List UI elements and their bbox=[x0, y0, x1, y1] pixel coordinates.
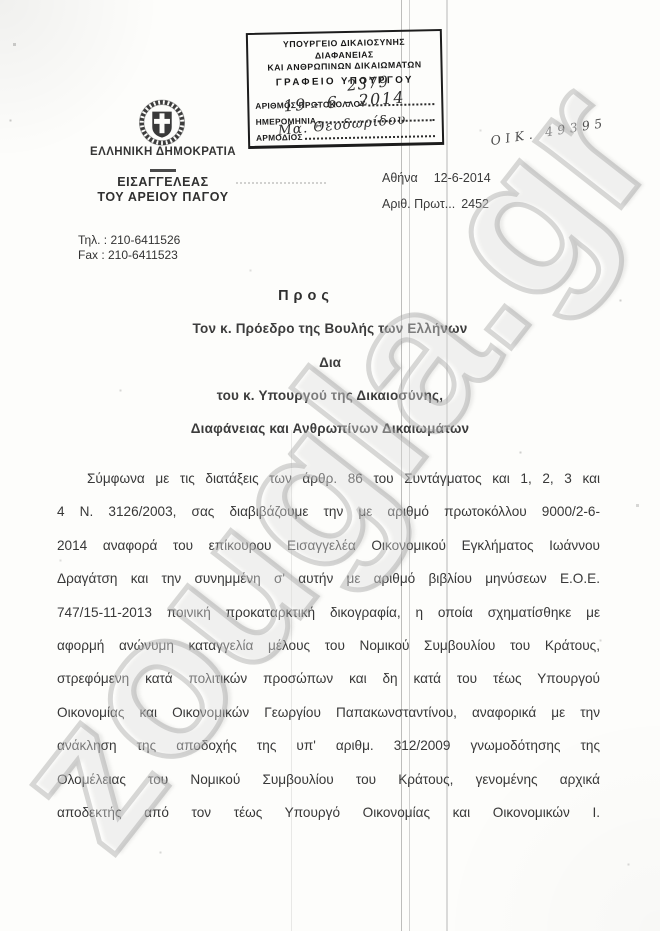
body-line: ανάκληση της αποδοχής της υπ' αριθμ. 312… bbox=[57, 738, 600, 771]
scanned-document-page: ΥΠΟΥΡΓΕΙΟ ΔΙΚΑΙΟΣΥΝΗΣ ΔΙΑΦΑΝΕΙΑΣ ΚΑΙ ΑΝΘ… bbox=[0, 0, 660, 931]
city-date-line: Αθήνα12-6-2014 bbox=[382, 171, 491, 185]
stamp-office: ΓΡΑΦΕΙΟ ΥΠΟΥΡΓΟΥ bbox=[255, 74, 435, 90]
protocol-value: 2452 bbox=[461, 197, 489, 211]
ministry-registry-stamp: ΥΠΟΥΡΓΕΙΟ ΔΙΚΑΙΟΣΥΝΗΣ ΔΙΑΦΑΝΕΙΑΣ ΚΑΙ ΑΝΘ… bbox=[246, 29, 444, 149]
body-line: Σύμφωνα με τις διατάξεις των άρθρ. 86 το… bbox=[57, 471, 600, 504]
scan-artifact-dots bbox=[236, 182, 326, 184]
body-line: Οικονομίας και Οικονομικών Γεωργίου Παπα… bbox=[57, 705, 600, 738]
dotted-fill bbox=[305, 135, 435, 140]
body-line: Δραγάτση και την συνημμένη σ' αυτήν με α… bbox=[57, 571, 600, 604]
recipient-line1: Τον κ. Πρόεδρο της Βουλής των Ελλήνων bbox=[20, 321, 640, 336]
protocol-number-line: Αριθ. Πρωτ...2452 bbox=[382, 197, 489, 211]
issuer-office-line2: ΤΟΥ ΑΡΕΙΟΥ ΠΑΓΟΥ bbox=[58, 190, 268, 204]
body-line: στρεφόμενη κατά πολιτικών προσώπων και δ… bbox=[57, 671, 600, 704]
body-line: αφορμή ανώνυμη καταγγελία μέλους του Νομ… bbox=[57, 638, 600, 671]
letter-body: Σύμφωνα με τις διατάξεις των άρθρ. 86 το… bbox=[57, 471, 600, 838]
handwritten-ref-code: ΟΙΚ. 49395 bbox=[490, 115, 608, 148]
recipient-line3: Διαφάνειας και Ανθρωπίνων Δικαιωμάτων bbox=[20, 421, 640, 436]
date: 12-6-2014 bbox=[434, 171, 491, 185]
city: Αθήνα bbox=[382, 171, 418, 185]
recipient-heading: Προς bbox=[0, 288, 616, 304]
body-line: Ολομέλειας του Νομικού Συμβουλίου του Κρ… bbox=[57, 772, 600, 805]
body-line: 2014 αναφορά του επίκουρου Εισαγγελέα Οι… bbox=[57, 538, 600, 571]
body-line: 4 Ν. 3126/2003, σας διαβιβάζουμε την με … bbox=[57, 504, 600, 537]
stamp-ministry-line2: ΚΑΙ ΑΝΘΡΩΠΙΝΩΝ ΔΙΚΑΙΩΜΑΤΩΝ bbox=[254, 59, 434, 74]
recipient-via: Δια bbox=[20, 355, 640, 370]
protocol-label: Αριθ. Πρωτ... bbox=[382, 197, 455, 211]
telephone-line: Τηλ. : 210-6411526 bbox=[78, 233, 180, 247]
scan-noise bbox=[0, 0, 1, 1]
header-divider bbox=[150, 169, 176, 172]
recipient-line2: του κ. Υπουργού της Δικαιοσύνης, bbox=[20, 388, 640, 403]
greek-coat-of-arms-icon bbox=[135, 97, 189, 150]
body-line: 747/15-11-2013 ποινική προκαταρκτική δικ… bbox=[57, 605, 600, 638]
fax-line: Fax : 210-6411523 bbox=[78, 248, 178, 262]
body-line: αποδεκτής από τον τέως Υπουργό Οικονομία… bbox=[57, 805, 600, 838]
